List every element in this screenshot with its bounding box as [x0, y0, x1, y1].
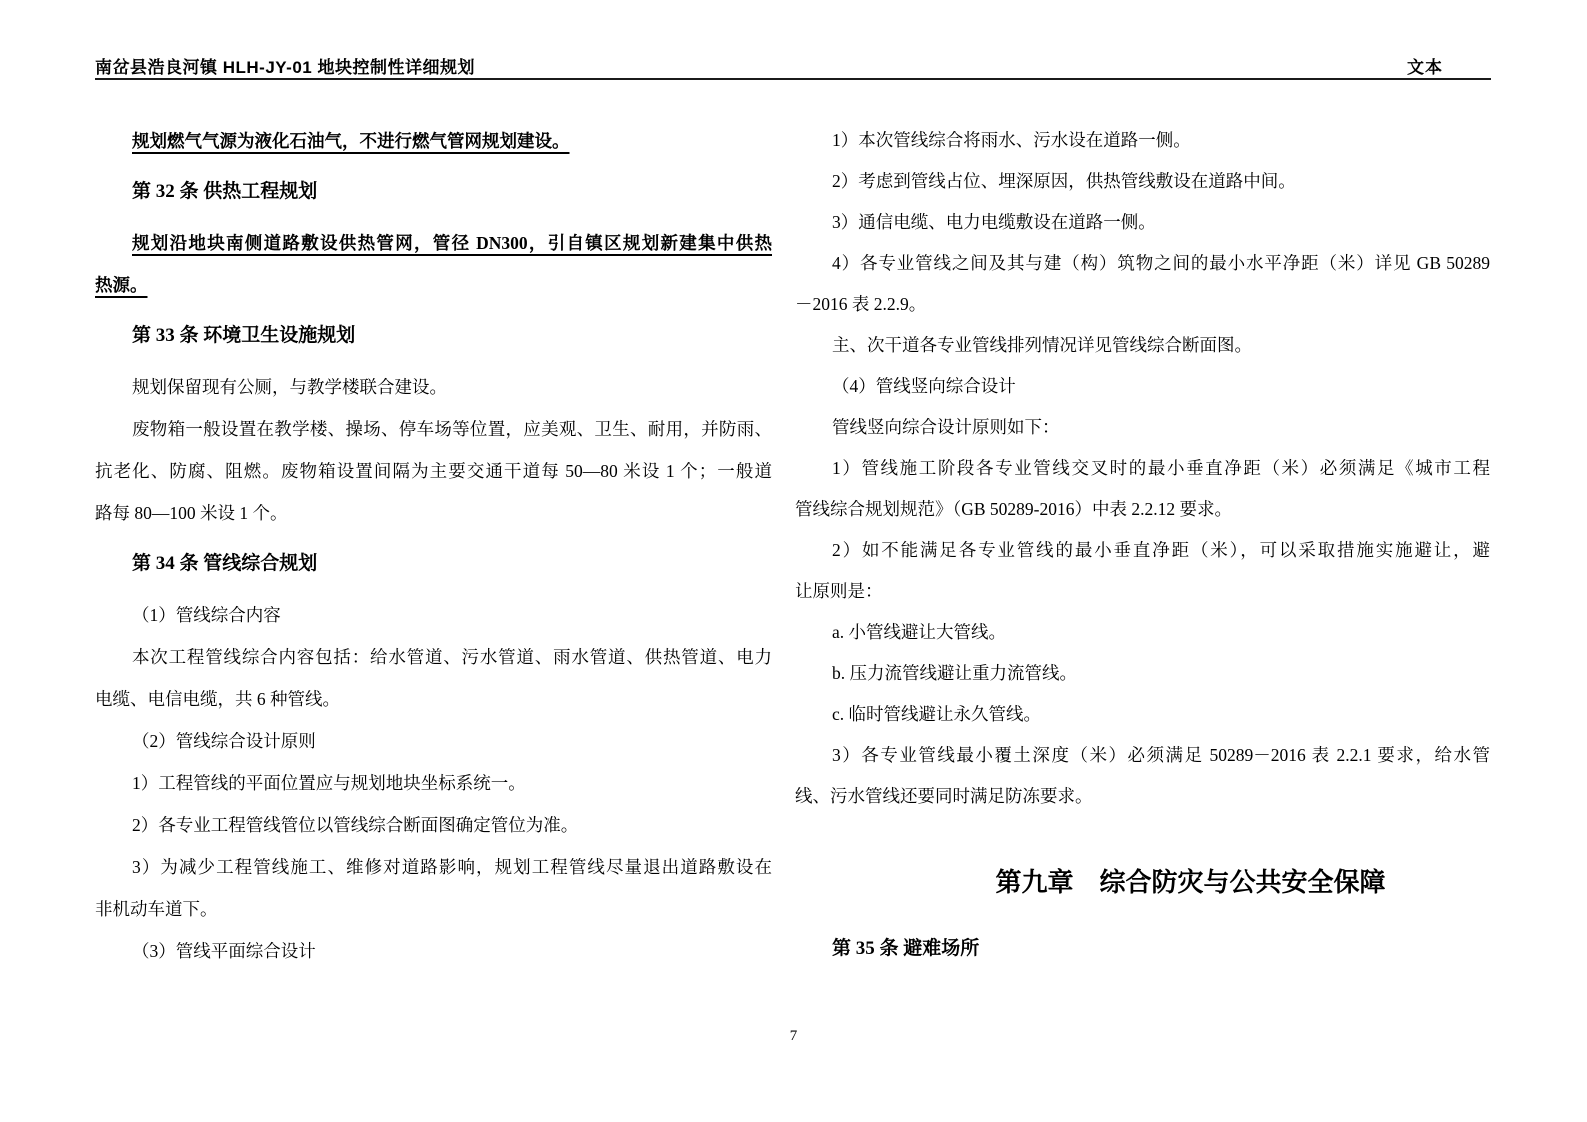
text-line: 第九章 综合防灾与公共安全保障: [795, 861, 1490, 903]
text-line: 管线竖向综合设计原则如下：: [795, 407, 1490, 448]
emphasized-paragraph: 规划燃气气源为液化石油气，不进行燃气管网规划建设。: [95, 120, 772, 162]
text-line: 第 35 条 避难场所: [795, 928, 1490, 969]
document-page: 南岔县浩良河镇 HLH-JY-01 地块控制性详细规划 文本 规划燃气气源为液化…: [0, 0, 1587, 1122]
text-line: 路每 80—100 米设 1 个。: [95, 492, 772, 534]
paragraph: （3）管线平面综合设计: [95, 930, 772, 972]
header-document-title: 南岔县浩良河镇 HLH-JY-01 地块控制性详细规划: [95, 53, 475, 78]
paragraph: 1）工程管线的平面位置应与规划地块坐标系统一。: [95, 762, 772, 804]
text-line: 1）本次管线综合将雨水、污水设在道路一侧。: [795, 120, 1490, 161]
text-line: 抗老化、防腐、阻燃。废物箱设置间隔为主要交通干道每 50—80 米设 1 个；一…: [95, 450, 772, 492]
paragraph: 2）各专业工程管线管位以管线综合断面图确定管位为准。: [95, 804, 772, 846]
text-line: b. 压力流管线避让重力流管线。: [795, 653, 1490, 694]
paragraph: c. 临时管线避让永久管线。: [795, 694, 1490, 735]
paragraph: （4）管线竖向综合设计: [795, 366, 1490, 407]
text-column-left: 规划燃气气源为液化石油气，不进行燃气管网规划建设。第 32 条 供热工程规划规划…: [95, 120, 772, 972]
text-line: 电缆、电信电缆，共 6 种管线。: [95, 678, 772, 720]
text-line: 3）各专业管线最小覆土深度（米）必须满足 50289－2016 表 2.2.1 …: [795, 735, 1490, 776]
text-line: 让原则是：: [795, 571, 1490, 612]
text-line: 第 33 条 环境卫生设施规划: [95, 315, 772, 357]
paragraph: 主、次干道各专业管线排列情况详见管线综合断面图。: [795, 325, 1490, 366]
text-line: 2）考虑到管线占位、埋深原因，供热管线敷设在道路中间。: [795, 161, 1490, 202]
paragraph: 本次工程管线综合内容包括：给水管道、污水管道、雨水管道、供热管道、电力电缆、电信…: [95, 636, 772, 720]
paragraph: （1）管线综合内容: [95, 594, 772, 636]
paragraph: 4）各专业管线之间及其与建（构）筑物之间的最小水平净距（米）详见 GB 5028…: [795, 243, 1490, 325]
text-line: 管线综合规划规范》（GB 50289-2016）中表 2.2.12 要求。: [795, 489, 1490, 530]
text-line: 线、污水管线还要同时满足防冻要求。: [795, 776, 1490, 817]
text-line: 2）各专业工程管线管位以管线综合断面图确定管位为准。: [95, 804, 772, 846]
text-line: 规划沿地块南侧道路敷设供热管网，管径 DN300，引自镇区规划新建集中供热: [95, 222, 772, 264]
paragraph: （2）管线综合设计原则: [95, 720, 772, 762]
paragraph: 规划保留现有公厕，与教学楼联合建设。: [95, 366, 772, 408]
text-line: （1）管线综合内容: [95, 594, 772, 636]
text-line: （2）管线综合设计原则: [95, 720, 772, 762]
article-heading: 第 35 条 避难场所: [795, 928, 1490, 969]
paragraph: b. 压力流管线避让重力流管线。: [795, 653, 1490, 694]
paragraph: 管线竖向综合设计原则如下：: [795, 407, 1490, 448]
paragraph: 1）本次管线综合将雨水、污水设在道路一侧。: [795, 120, 1490, 161]
text-line: 2）如不能满足各专业管线的最小垂直净距（米），可以采取措施实施避让，避: [795, 530, 1490, 571]
text-line: c. 临时管线避让永久管线。: [795, 694, 1490, 735]
text-line: 主、次干道各专业管线排列情况详见管线综合断面图。: [795, 325, 1490, 366]
text-line: 3）通信电缆、电力电缆敷设在道路一侧。: [795, 202, 1490, 243]
header-doc-type-label: 文本: [1407, 53, 1443, 78]
page-number: 7: [0, 1028, 1587, 1045]
text-line: 热源。: [95, 264, 772, 306]
paragraph: 3）为减少工程管线施工、维修对道路影响，规划工程管线尽量退出道路敷设在非机动车道…: [95, 846, 772, 930]
text-line: －2016 表 2.2.9。: [795, 284, 1490, 325]
paragraph: a. 小管线避让大管线。: [795, 612, 1490, 653]
text-line: a. 小管线避让大管线。: [795, 612, 1490, 653]
paragraph: 2）如不能满足各专业管线的最小垂直净距（米），可以采取措施实施避让，避让原则是：: [795, 530, 1490, 612]
paragraph: 3）各专业管线最小覆土深度（米）必须满足 50289－2016 表 2.2.1 …: [795, 735, 1490, 817]
article-heading: 第 32 条 供热工程规划: [95, 171, 772, 213]
text-line: （4）管线竖向综合设计: [795, 366, 1490, 407]
text-line: 1）工程管线的平面位置应与规划地块坐标系统一。: [95, 762, 772, 804]
article-heading: 第 34 条 管线综合规划: [95, 543, 772, 585]
text-line: 本次工程管线综合内容包括：给水管道、污水管道、雨水管道、供热管道、电力: [95, 636, 772, 678]
paragraph: 3）通信电缆、电力电缆敷设在道路一侧。: [795, 202, 1490, 243]
text-line: 第 32 条 供热工程规划: [95, 171, 772, 213]
text-line: 4）各专业管线之间及其与建（构）筑物之间的最小水平净距（米）详见 GB 5028…: [795, 243, 1490, 284]
text-line: 3）为减少工程管线施工、维修对道路影响，规划工程管线尽量退出道路敷设在: [95, 846, 772, 888]
text-line: 1）管线施工阶段各专业管线交叉时的最小垂直净距（米）必须满足《城市工程: [795, 448, 1490, 489]
header-rule: [95, 78, 1491, 80]
text-line: 非机动车道下。: [95, 888, 772, 930]
paragraph: 1）管线施工阶段各专业管线交叉时的最小垂直净距（米）必须满足《城市工程管线综合规…: [795, 448, 1490, 530]
emphasized-paragraph: 规划沿地块南侧道路敷设供热管网，管径 DN300，引自镇区规划新建集中供热热源。: [95, 222, 772, 306]
text-line: （3）管线平面综合设计: [95, 930, 772, 972]
text-line: 规划保留现有公厕，与教学楼联合建设。: [95, 366, 772, 408]
article-heading: 第 33 条 环境卫生设施规划: [95, 315, 772, 357]
text-line: 第 34 条 管线综合规划: [95, 543, 772, 585]
text-line: 规划燃气气源为液化石油气，不进行燃气管网规划建设。: [95, 120, 772, 162]
chapter-heading: 第九章 综合防灾与公共安全保障: [795, 861, 1490, 903]
text-column-right: 1）本次管线综合将雨水、污水设在道路一侧。2）考虑到管线占位、埋深原因，供热管线…: [795, 120, 1490, 969]
paragraph: 2）考虑到管线占位、埋深原因，供热管线敷设在道路中间。: [795, 161, 1490, 202]
paragraph: 废物箱一般设置在教学楼、操场、停车场等位置，应美观、卫生、耐用，并防雨、抗老化、…: [95, 408, 772, 534]
text-line: 废物箱一般设置在教学楼、操场、停车场等位置，应美观、卫生、耐用，并防雨、: [95, 408, 772, 450]
